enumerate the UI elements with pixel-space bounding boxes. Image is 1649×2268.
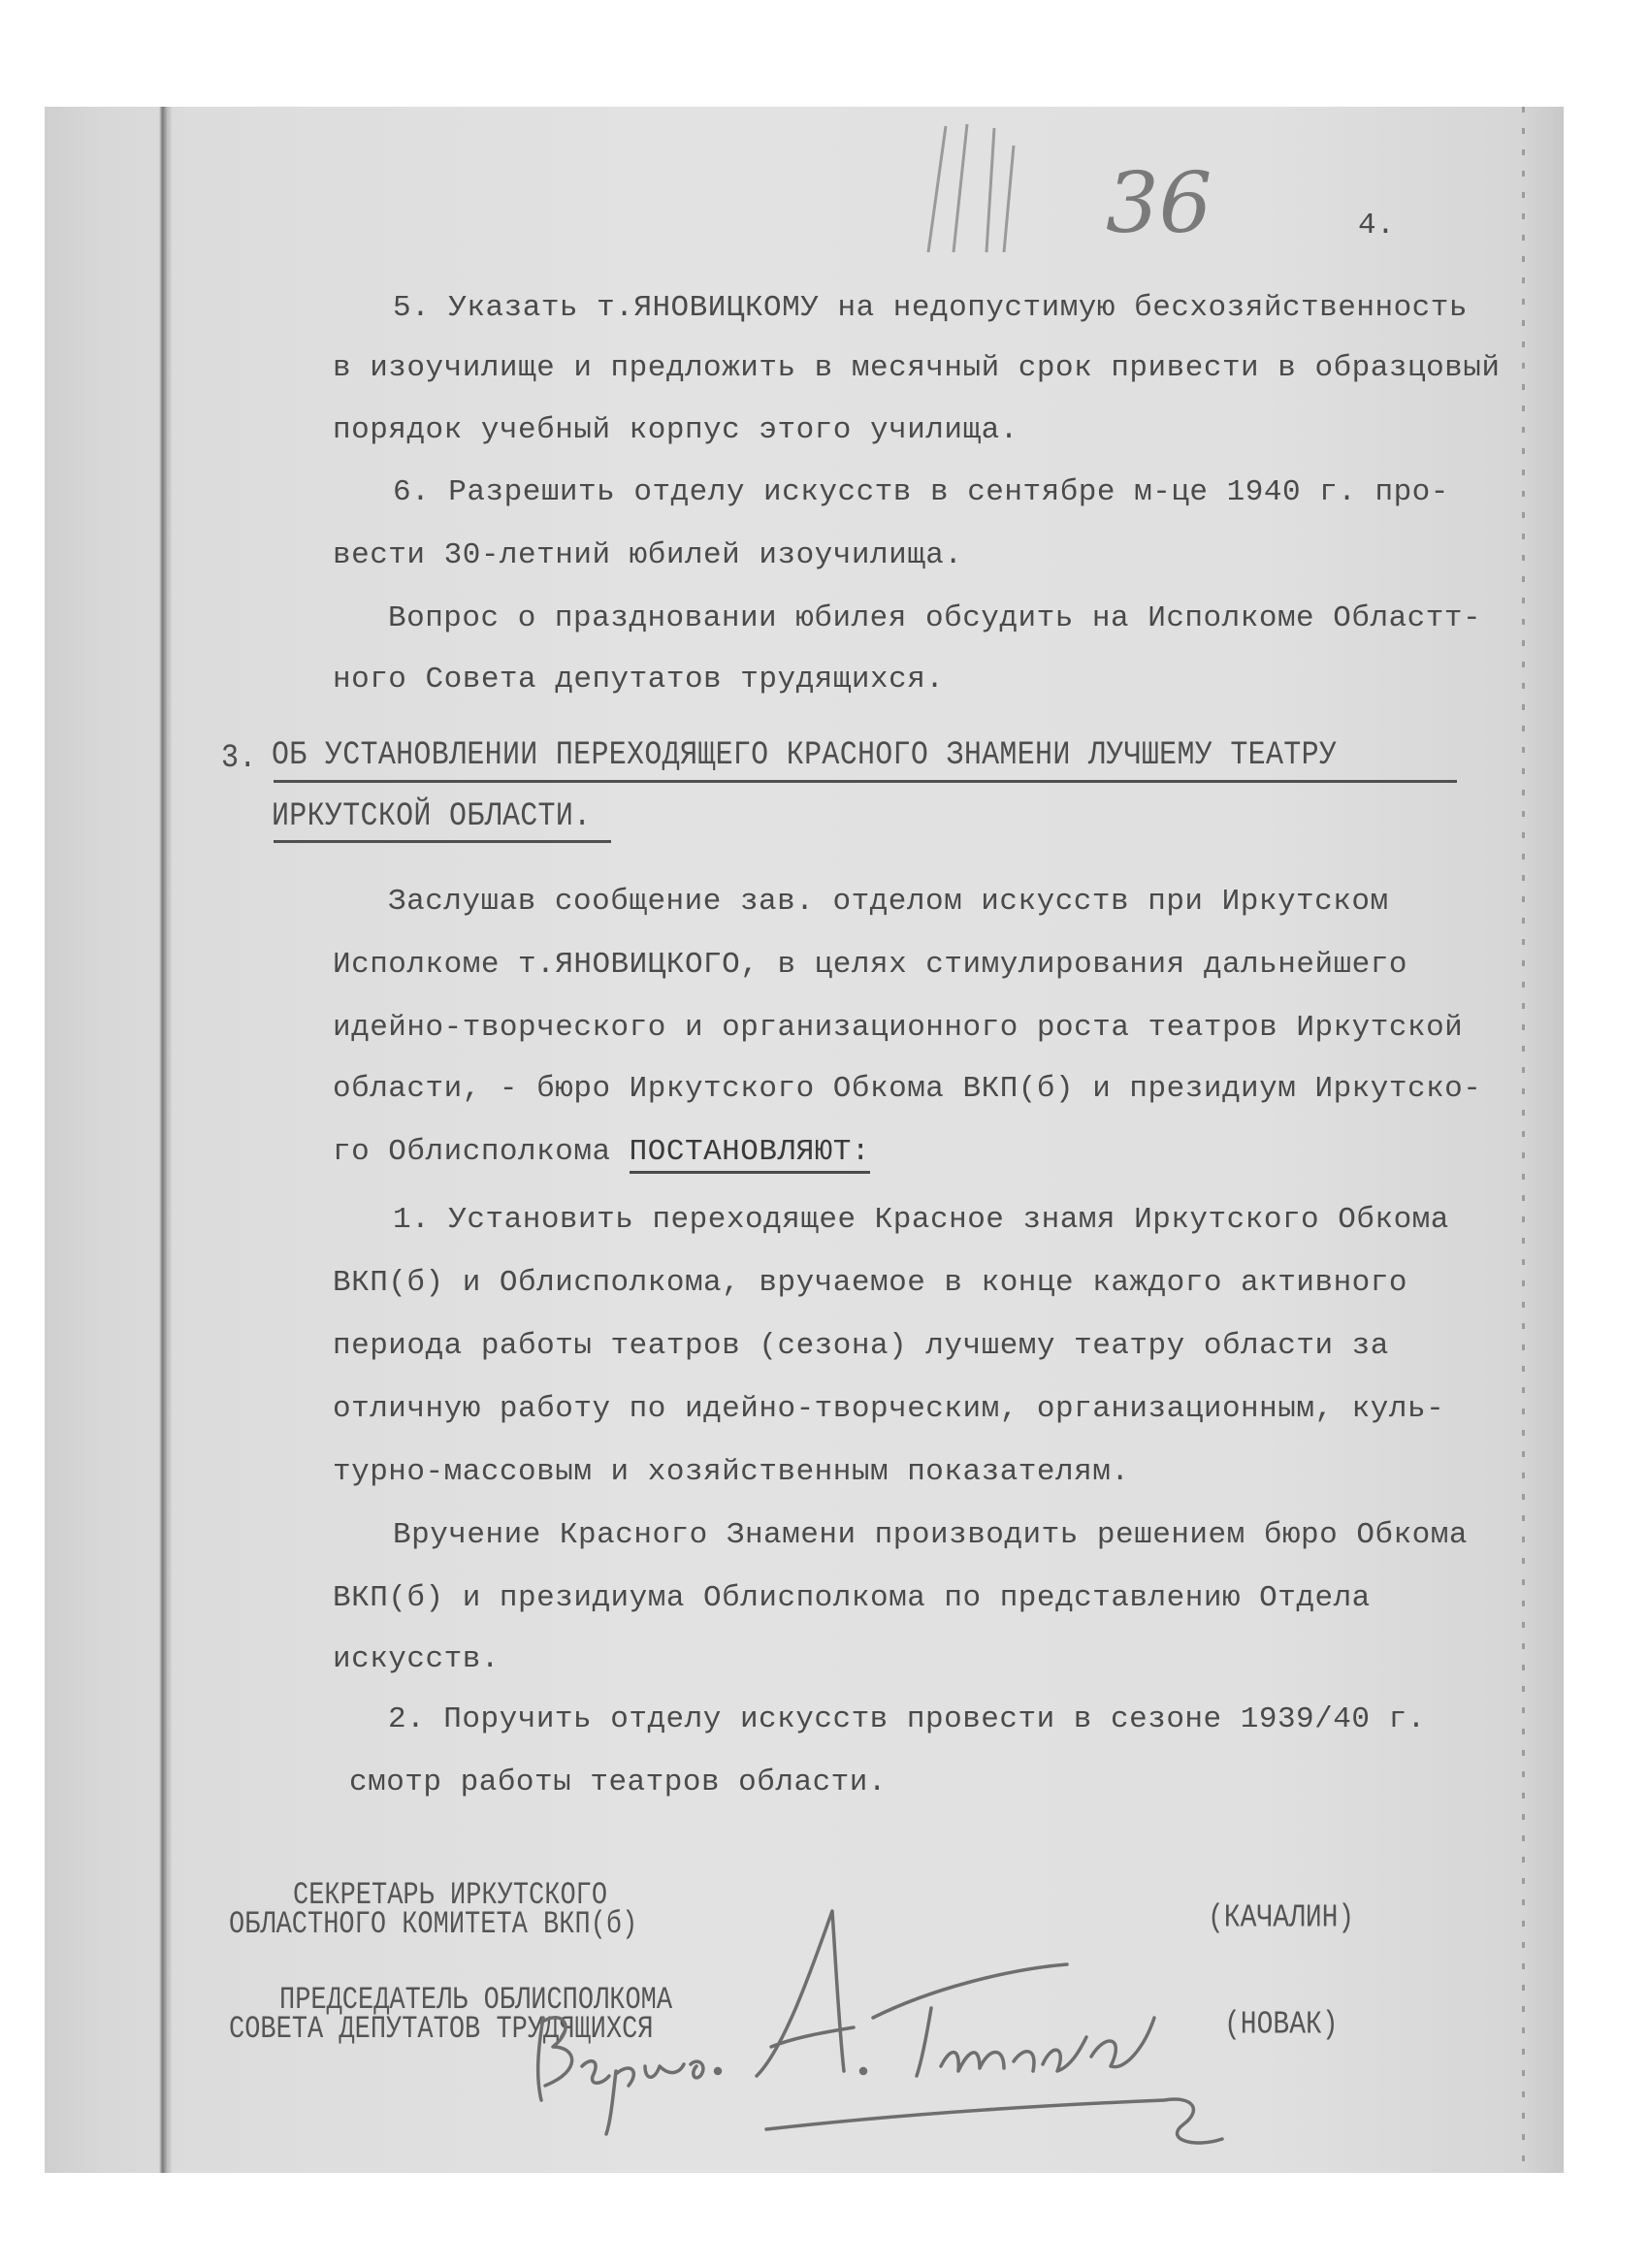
item-5-line-2: в изоучилище и предложить в месячный сро… [333,351,1501,385]
res-1-line-4: отличную работу по идейно-творческим, ор… [333,1392,1444,1426]
res-1-line-1: 1. Установить переходящее Красное знамя … [393,1203,1449,1237]
page-number: 4. [1358,209,1395,243]
preamble-line-5: го Облисполкома ПОСТАНОВЛЯЮТ: [333,1135,870,1169]
section-title-line-1: ОБ УСТАНОВЛЕНИИ ПЕРЕХОДЯЩЕГО КРАСНОГО ЗН… [272,736,1337,774]
preamble-line-2: Исполкоме т.ЯНОВИЦКОГО, в целях стимулир… [333,948,1407,982]
handwritten-signature [524,1901,1319,2154]
item-6-line-1: 6. Разрешить отделу искусств в сентябре … [393,475,1449,509]
preamble-line-3: идейно-творческого и организационного ро… [333,1011,1463,1045]
res-1-line-2: ВКП(б) и Облисполкома, вручаемое в конце… [333,1266,1407,1300]
item-5-line-1: 5. Указать т.ЯНОВИЦКОМУ на недопустимую … [393,291,1468,325]
jubilee-line-2: ного Совета депутатов трудящихся. [333,663,944,697]
res-2-line-1: 2. Поручить отделу искусств провести в с… [388,1702,1426,1736]
archive-mark-strokes [907,116,1023,262]
res-2-line-2: смотр работы театров области. [349,1766,887,1799]
section-title-underline-1 [274,780,1457,783]
res-1-line-3: периода работы театров (сезона) лучшему … [333,1329,1389,1363]
item-5-line-3: порядок учебный корпус этого училища. [333,413,1018,447]
section-number: 3. [221,739,257,777]
binding-holes [1522,107,1525,2173]
presentation-line-2: ВКП(б) и президиума Облисполкома по пред… [333,1581,1371,1615]
item-6-line-2: вести 30-летний юбилей изоучилища. [333,538,963,572]
page-fold-shadow [159,107,173,2173]
presentation-line-3: искусств. [333,1642,500,1676]
section-title-line-2: ИРКУТСКОЙ ОБЛАСТИ. [272,797,591,835]
jubilee-line-1: Вопрос о праздновании юбилея обсудить на… [388,601,1481,635]
section-title-underline-2 [274,840,611,843]
preamble-line-4: области, - бюро Иркутского Обкома ВКП(б)… [333,1072,1481,1106]
presentation-line-1: Вручение Красного Знамени производить ре… [393,1518,1468,1552]
preamble-line-1: Заслушав сообщение зав. отделом искусств… [388,885,1389,919]
res-1-line-5: турно-массовым и хозяйственным показател… [333,1455,1129,1489]
resolution-word: ПОСТАНОВЛЯЮТ: [630,1135,870,1174]
preamble-line-5-prefix: го Облисполкома [333,1135,630,1169]
handwritten-folio-number: 36 [1106,155,1212,252]
